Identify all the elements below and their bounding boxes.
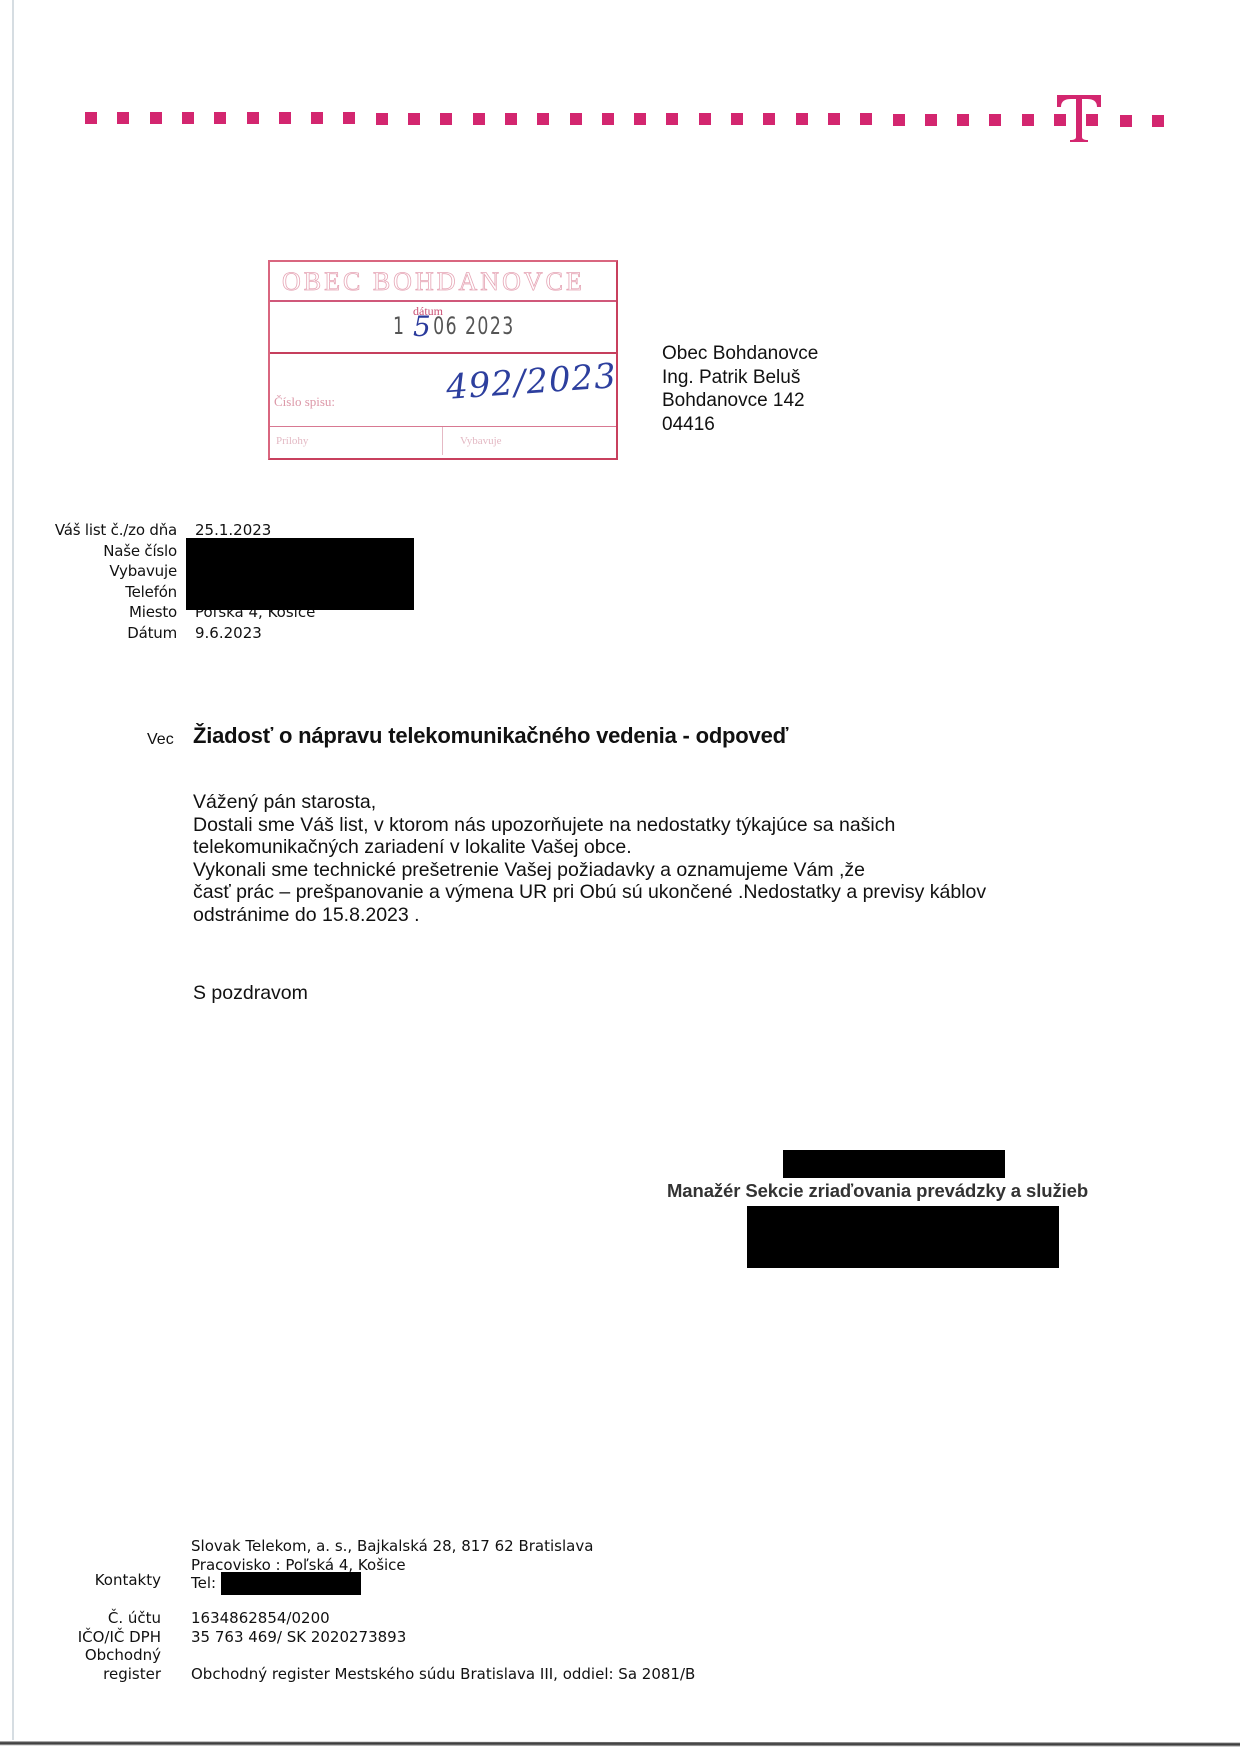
brand-dot xyxy=(150,112,162,124)
brand-dot xyxy=(1120,115,1132,127)
brand-dot xyxy=(376,113,388,125)
account-label: Č. účtu xyxy=(40,1609,161,1628)
brand-dot xyxy=(85,112,97,124)
brand-dot xyxy=(828,113,840,125)
recipient-line: Ing. Patrik Beluš xyxy=(662,366,818,390)
body-line: odstránime do 15.8.2023 . xyxy=(193,904,1093,927)
body-line: Vykonali sme technické prešetrenie Vašej… xyxy=(193,859,1093,882)
brand-dot xyxy=(570,113,582,125)
brand-dot xyxy=(117,112,129,124)
stamp-attachments-label: Prílohy xyxy=(276,435,308,447)
brand-dot xyxy=(731,113,743,125)
reference-row: Dátum9.6.2023 xyxy=(40,623,315,644)
brand-dot xyxy=(214,112,226,124)
register-label: Obchodný xyxy=(40,1646,161,1665)
registry-stamp: OBEC BOHDANOVCE dátum 1 06 2023 5 Číslo … xyxy=(268,260,618,460)
stamp-cell-divider xyxy=(442,427,443,455)
letter-body: Vážený pán starosta, Dostali sme Váš lis… xyxy=(193,791,1093,926)
brand-dot xyxy=(440,113,452,125)
brand-dot xyxy=(1152,115,1164,127)
ico-value: 35 763 469/ SK 2020273893 xyxy=(191,1628,406,1647)
body-line: telekomunikačných zariadení v lokalite V… xyxy=(193,836,1093,859)
subject-title: Žiadosť o nápravu telekomunikačného vede… xyxy=(193,723,788,749)
brand-dot xyxy=(602,113,614,125)
redaction-box xyxy=(221,1572,361,1595)
brand-dot xyxy=(634,113,646,125)
brand-dot xyxy=(893,114,905,126)
brand-dot xyxy=(343,112,355,124)
telekom-t-logo-icon xyxy=(1055,93,1103,143)
brand-dot xyxy=(957,114,969,126)
footer-labels: Č. účtu IČO/IČ DPH Obchodný register xyxy=(40,1609,161,1683)
register-label: register xyxy=(40,1665,161,1684)
brand-dot xyxy=(182,112,194,124)
stamp-title: OBEC BOHDANOVCE xyxy=(282,267,585,297)
ico-label: IČO/IČ DPH xyxy=(40,1628,161,1647)
stamp-number-label: Číslo spisu: xyxy=(274,394,335,410)
brand-dot xyxy=(473,113,485,125)
stamp-date-handwritten-digit: 5 xyxy=(413,310,431,343)
register-value: Obchodný register Mestského súdu Bratisl… xyxy=(191,1665,695,1683)
body-line: Vážený pán starosta, xyxy=(193,791,1093,814)
recipient-address: Obec Bohdanovce Ing. Patrik Beluš Bohdan… xyxy=(662,342,818,436)
redaction-box xyxy=(186,538,414,610)
recipient-line: 04416 xyxy=(662,413,818,437)
recipient-line: Obec Bohdanovce xyxy=(662,342,818,366)
closing-greeting: S pozdravom xyxy=(193,982,308,1005)
body-line: Dostali sme Váš list, v ktorom nás upozo… xyxy=(193,814,1093,837)
brand-dot xyxy=(311,112,323,124)
brand-dot xyxy=(1022,114,1034,126)
account-value: 1634862854/0200 xyxy=(191,1609,406,1628)
brand-dot xyxy=(763,113,775,125)
subject-label: Vec xyxy=(147,731,174,749)
brand-dot xyxy=(279,112,291,124)
body-line: časť prác – prešpanovanie a výmena UR pr… xyxy=(193,881,1093,904)
scan-bottom-edge xyxy=(0,1741,1240,1746)
recipient-line: Bohdanovce 142 xyxy=(662,389,818,413)
scan-left-edge xyxy=(12,0,14,1740)
brand-dot xyxy=(796,113,808,125)
brand-dot xyxy=(860,113,872,125)
signatory-title: Manažér Sekcie zriaďovania prevádzky a s… xyxy=(667,1180,1088,1202)
stamp-handler-label: Vybavuje xyxy=(460,435,502,447)
redaction-box xyxy=(783,1150,1005,1178)
redaction-box xyxy=(747,1206,1059,1268)
brand-dot xyxy=(408,113,420,125)
brand-dot xyxy=(925,114,937,126)
footer-kontakty-label: Kontakty xyxy=(60,1571,161,1589)
brand-dot xyxy=(505,113,517,125)
brand-dot xyxy=(989,114,1001,126)
brand-dot xyxy=(666,113,678,125)
footer-values: 1634862854/0200 35 763 469/ SK 202027389… xyxy=(191,1609,406,1646)
stamp-date: 1 06 2023 xyxy=(393,312,515,340)
brand-dot xyxy=(699,113,711,125)
brand-dot xyxy=(537,113,549,125)
footer-company-line: Slovak Telekom, a. s., Bajkalská 28, 817… xyxy=(191,1537,593,1556)
brand-dot xyxy=(247,112,259,124)
stamp-number-handwritten: 492/2023 xyxy=(445,356,618,408)
